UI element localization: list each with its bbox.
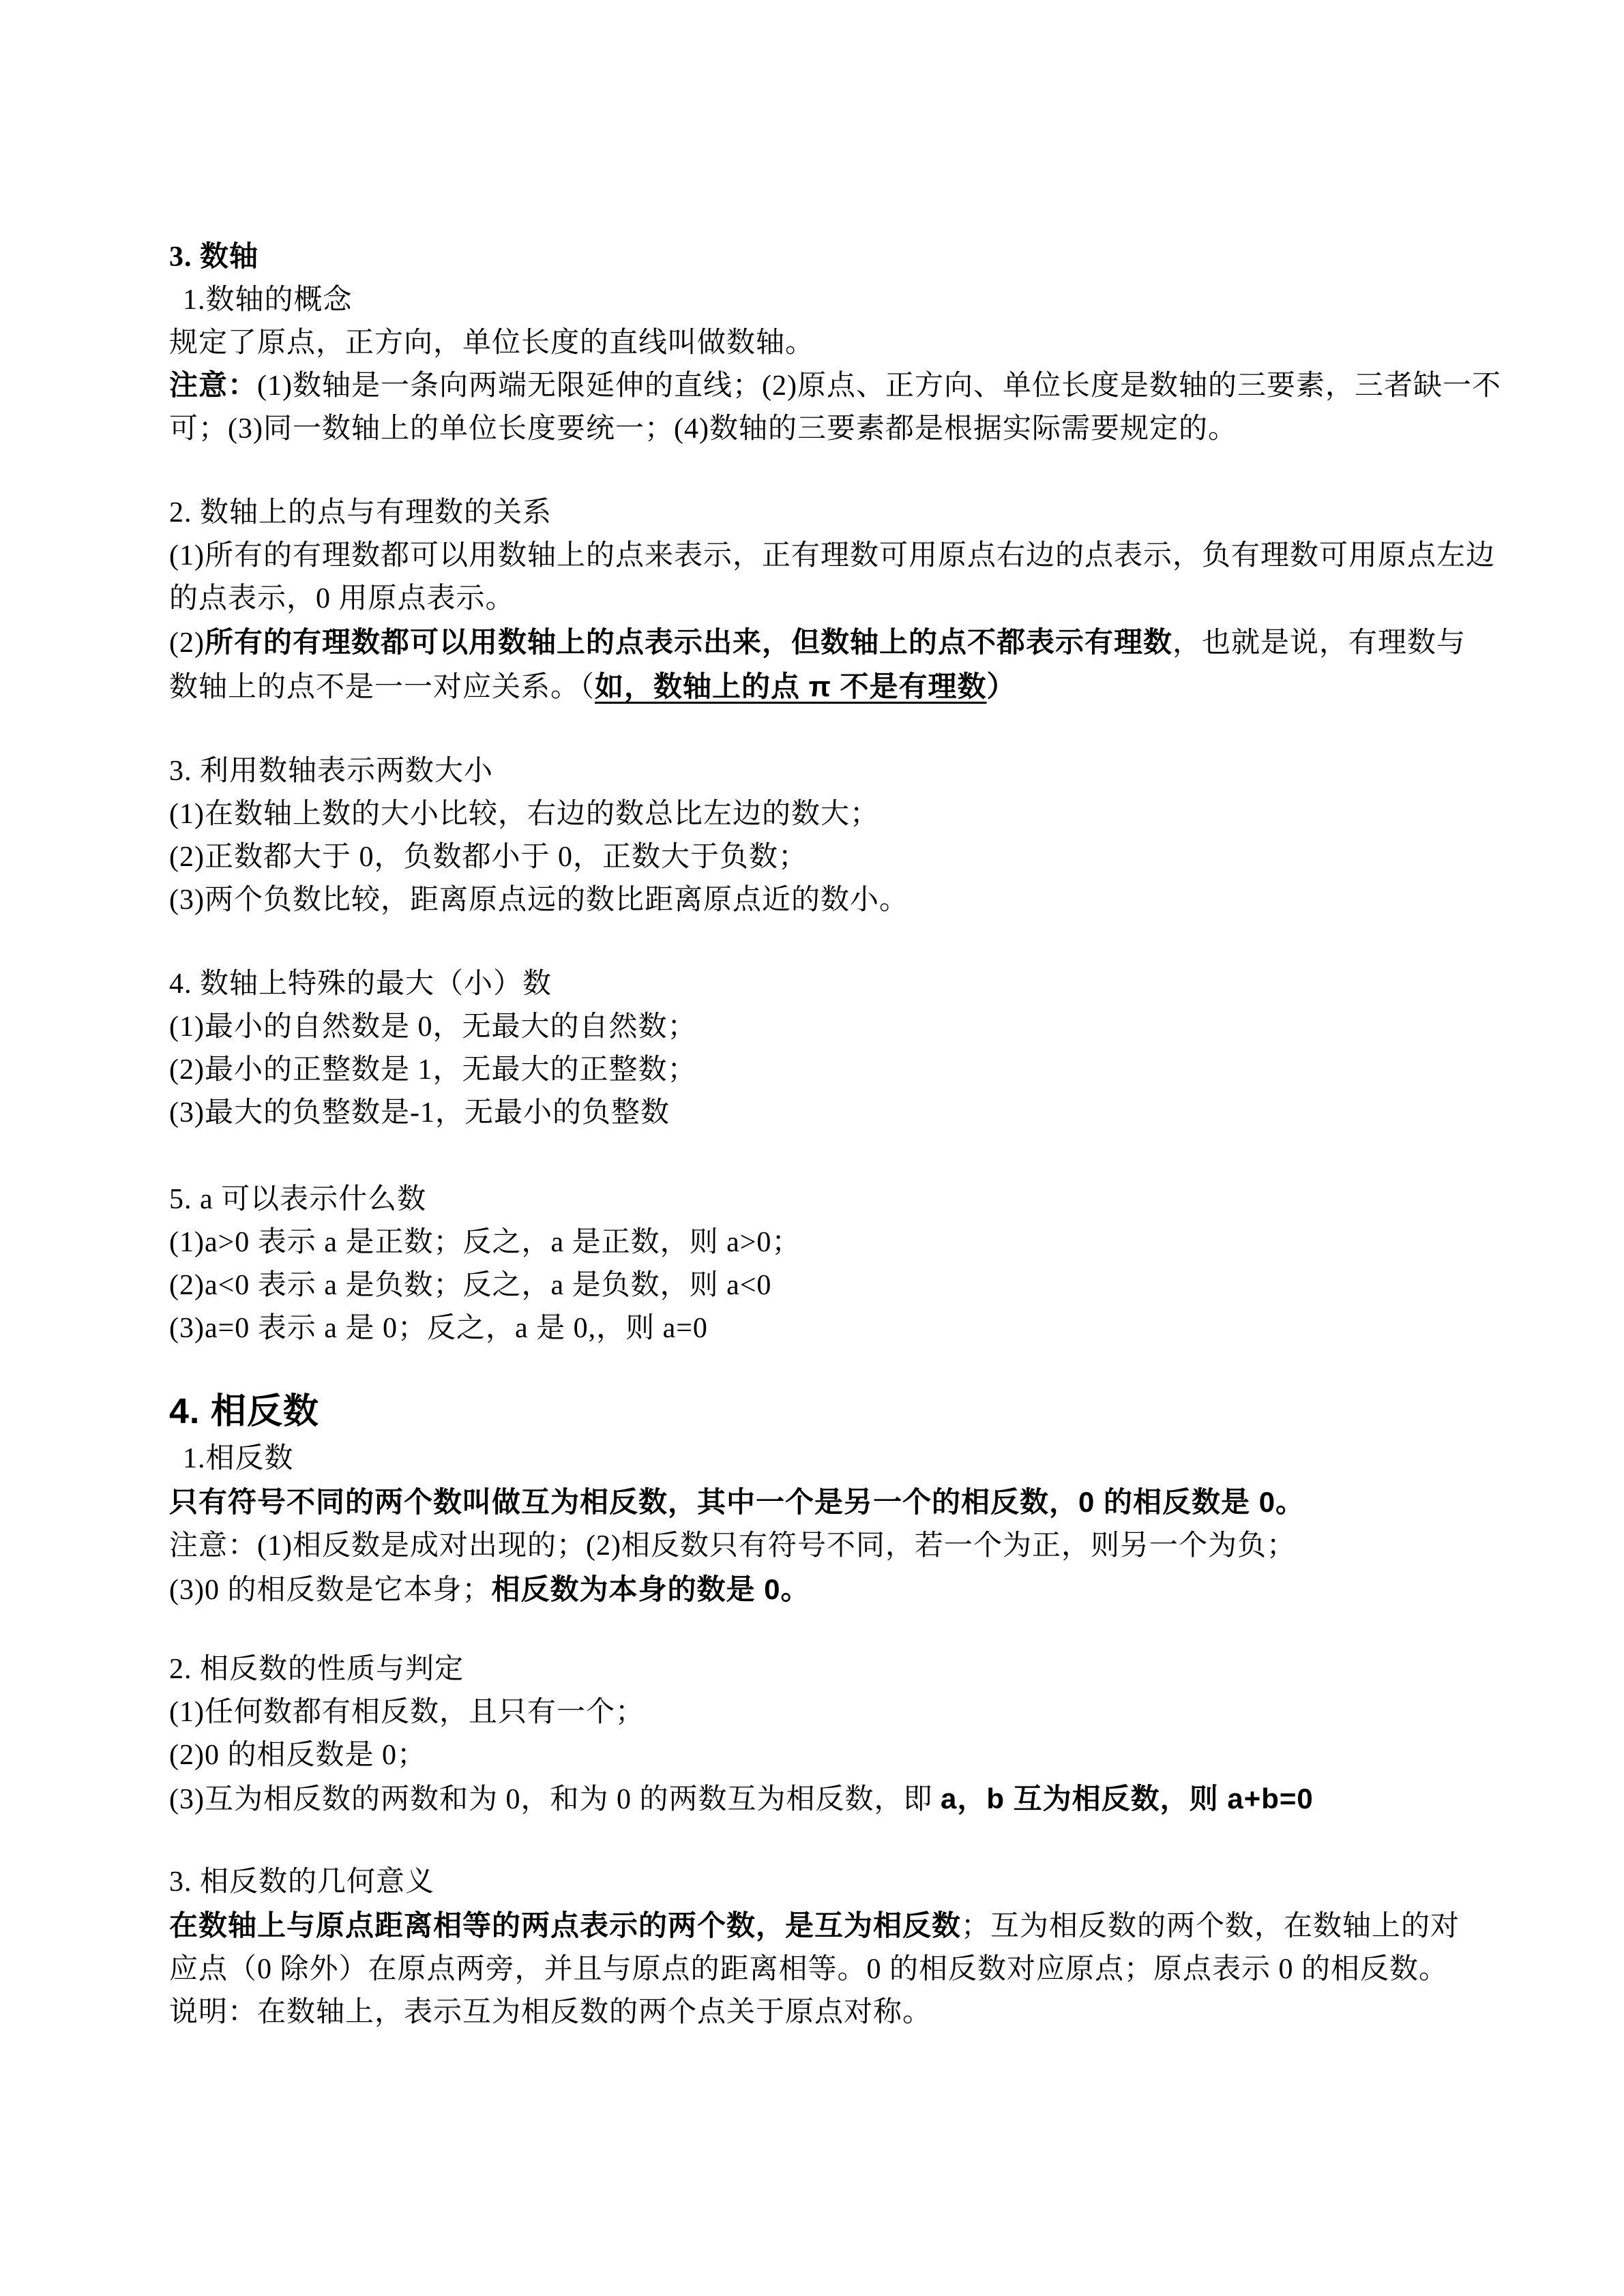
text-line: 4. 相反数 [169,1386,1440,1437]
text-segment: (2)a<0 表示 a 是负数；反之，a 是负数，则 a<0 [169,1270,771,1301]
text-segment: 4. 相反数 [169,1392,319,1431]
text-segment: (3)互为相反数的两数和为 0，和为 0 的两数互为相反数，即 [169,1784,941,1815]
text-segment: (1)最小的自然数是 0，无最大的自然数； [169,1011,696,1043]
text-line: (3)a=0 表示 a 是 0；反之，a 是 0,，则 a=0 [169,1307,1440,1350]
text-line: 3. 相反数的几何意义 [169,1861,1440,1904]
text-line: (1)所有的有理数都可以用数轴上的点来表示，正有理数可用原点右边的点表示，负有理… [169,535,1440,578]
text-segment: (3)0 的相反数是它本身； [169,1575,491,1606]
text-segment: 注意： [169,370,257,402]
section-opposite-properties: 2. 相反数的性质与判定(1)任何数都有相反数，且只有一个；(2)0 的相反数是… [169,1648,1440,1821]
text-line: 4. 数轴上特殊的最大（小）数 [169,963,1440,1006]
text-segment: (1)a>0 表示 a 是正数；反之，a 是正数，则 a>0； [169,1227,801,1258]
text-segment: (2)0 的相反数是 0； [169,1740,426,1771]
text-line: 5. a 可以表示什么数 [169,1178,1440,1221]
text-segment: 5. a 可以表示什么数 [169,1184,426,1215]
text-segment: 应点（0 除外）在原点两旁，并且与原点的距离相等。0 的相反数对应原点；原点表示… [169,1954,1448,1985]
text-segment: 1.数轴的概念 [183,284,353,316]
text-segment: ，也就是说，有理数与 [1172,627,1466,659]
text-segment: (3)a=0 表示 a 是 0；反之，a 是 0,，则 a=0 [169,1313,708,1344]
section-4-opposite-number: 4. 相反数1.相反数只有符号不同的两个数叫做互为相反数，其中一个是另一个的相反… [169,1386,1440,1612]
text-line: 数轴上的点不是一一对应关系。（如，数轴上的点 π 不是有理数） [169,665,1440,709]
text-line: 2. 数轴上的点与有理数的关系 [169,492,1440,535]
text-line: (3)两个负数比较，距离原点远的数比距离原点近的数小。 [169,879,1440,922]
text-line: 3. 数轴 [169,236,1440,279]
text-line: (2)正数都大于 0，负数都小于 0，正数大于负数； [169,836,1440,879]
text-line: (1)最小的自然数是 0，无最大的自然数； [169,1006,1440,1049]
text-segment: 4. 数轴上特殊的最大（小）数 [169,968,552,1000]
text-segment: (2)最小的正整数是 1，无最大的正整数； [169,1054,696,1086]
text-line: 注意：(1)相反数是成对出现的；(2)相反数只有符号不同，若一个为正，则另一个为… [169,1525,1440,1568]
text-line: 在数轴上与原点距离相等的两点表示的两个数，是互为相反数；互为相反数的两个数，在数… [169,1904,1440,1948]
document-body: 3. 数轴1.数轴的概念规定了原点，正方向，单位长度的直线叫做数轴。注意：(1)… [169,236,1440,2034]
text-segment: 3. 数轴 [169,241,259,273]
section-axis-points-rational-numbers: 2. 数轴上的点与有理数的关系(1)所有的有理数都可以用数轴上的点来表示，正有理… [169,492,1440,709]
text-segment: 的点表示，0 用原点表示。 [169,583,515,614]
section-compare-two-numbers: 3. 利用数轴表示两数大小(1)在数轴上数的大小比较，右边的数总比左边的数大；(… [169,750,1440,922]
text-segment: 3. 相反数的几何意义 [169,1866,434,1898]
text-segment: (1)任何数都有相反数，且只有一个； [169,1697,645,1728]
text-line: (3)互为相反数的两数和为 0，和为 0 的两数互为相反数，即 a，b 互为相反… [169,1777,1440,1821]
text-segment: 在数轴上与原点距离相等的两点表示的两个数，是互为相反数 [169,1909,961,1941]
text-line: 说明：在数轴上，表示互为相反数的两个点关于原点对称。 [169,1991,1440,2034]
text-segment: 规定了原点，正方向，单位长度的直线叫做数轴。 [169,327,814,359]
section-what-a-represents: 5. a 可以表示什么数(1)a>0 表示 a 是正数；反之，a 是正数，则 a… [169,1178,1440,1350]
text-line: 规定了原点，正方向，单位长度的直线叫做数轴。 [169,322,1440,365]
text-line: 可；(3)同一数轴上的单位长度要统一；(4)数轴的三要素都是根据实际需要规定的。 [169,408,1440,451]
text-line: (3)最大的负整数是-1，无最小的负整数 [169,1092,1440,1135]
text-line: (1)a>0 表示 a 是正数；反之，a 是正数，则 a>0； [169,1221,1440,1264]
text-segment: a，b 互为相反数，则 a+b=0 [941,1783,1314,1815]
text-segment: (3)最大的负整数是-1，无最小的负整数 [169,1097,670,1129]
section-opposite-geometric-meaning: 3. 相反数的几何意义在数轴上与原点距离相等的两点表示的两个数，是互为相反数；互… [169,1861,1440,2034]
text-segment: 相反数为本身的数是 0。 [491,1573,810,1605]
text-line: 的点表示，0 用原点表示。 [169,578,1440,621]
text-segment: 只有符号不同的两个数叫做互为相反数，其中一个是另一个的相反数，0 的相反数是 0… [169,1486,1305,1518]
text-line: 只有符号不同的两个数叫做互为相反数，其中一个是另一个的相反数，0 的相反数是 0… [169,1480,1440,1525]
text-segment: 3. 利用数轴表示两数大小 [169,756,493,787]
text-segment: ；互为相反数的两个数，在数轴上的对 [961,1911,1460,1942]
text-segment: (2)正数都大于 0，负数都小于 0，正数大于负数； [169,841,808,873]
text-line: (2)最小的正整数是 1，无最大的正整数； [169,1049,1440,1092]
text-segment: 2. 相反数的性质与判定 [169,1654,464,1685]
text-line: (1)在数轴上数的大小比较，右边的数总比左边的数大； [169,793,1440,836]
text-segment: 如，数轴上的点 π 不是有理数 [595,670,987,702]
text-line: 注意：(1)数轴是一条向两端无限延伸的直线；(2)原点、正方向、单位长度是数轴的… [169,365,1440,408]
text-segment: 2. 数轴上的点与有理数的关系 [169,497,552,528]
text-segment: 注意：(1)相反数是成对出现的；(2)相反数只有符号不同，若一个为正，则另一个为… [169,1530,1296,1562]
document-page: 3. 数轴1.数轴的概念规定了原点，正方向，单位长度的直线叫做数轴。注意：(1)… [0,0,1624,2296]
section-special-max-min-numbers: 4. 数轴上特殊的最大（小）数(1)最小的自然数是 0，无最大的自然数；(2)最… [169,963,1440,1135]
text-segment: 说明：在数轴上，表示互为相反数的两个点关于原点对称。 [169,1997,932,2028]
text-segment: ） [987,670,1016,702]
text-segment: (2) [169,627,205,659]
text-segment: (1)数轴是一条向两端无限延伸的直线；(2)原点、正方向、单位长度是数轴的三要素… [257,370,1501,402]
text-line: 1.数轴的概念 [169,279,1440,322]
section-3-number-axis: 3. 数轴1.数轴的概念规定了原点，正方向，单位长度的直线叫做数轴。注意：(1)… [169,236,1440,451]
text-line: 3. 利用数轴表示两数大小 [169,750,1440,793]
text-line: (2)0 的相反数是 0； [169,1734,1440,1777]
text-line: 应点（0 除外）在原点两旁，并且与原点的距离相等。0 的相反数对应原点；原点表示… [169,1948,1440,1991]
text-segment: 数轴上的点不是一一对应关系。（ [169,672,595,703]
text-line: 1.相反数 [169,1437,1440,1480]
text-line: (3)0 的相反数是它本身；相反数为本身的数是 0。 [169,1568,1440,1612]
text-segment: (1)在数轴上数的大小比较，右边的数总比左边的数大； [169,799,879,830]
text-segment: (1)所有的有理数都可以用数轴上的点来表示，正有理数可用原点右边的点表示，负有理… [169,540,1495,571]
text-segment: 所有的有理数都可以用数轴上的点表示出来，但数轴上的点不都表示有理数 [205,626,1172,658]
text-segment: (3)两个负数比较，距离原点远的数比距离原点近的数小。 [169,884,909,916]
text-line: (2)所有的有理数都可以用数轴上的点表示出来，但数轴上的点不都表示有理数，也就是… [169,621,1440,665]
text-line: 2. 相反数的性质与判定 [169,1648,1440,1691]
text-segment: 1.相反数 [183,1443,294,1474]
text-line: (1)任何数都有相反数，且只有一个； [169,1691,1440,1734]
text-segment: 可；(3)同一数轴上的单位长度要统一；(4)数轴的三要素都是根据实际需要规定的。 [169,413,1237,445]
text-line: (2)a<0 表示 a 是负数；反之，a 是负数，则 a<0 [169,1264,1440,1307]
